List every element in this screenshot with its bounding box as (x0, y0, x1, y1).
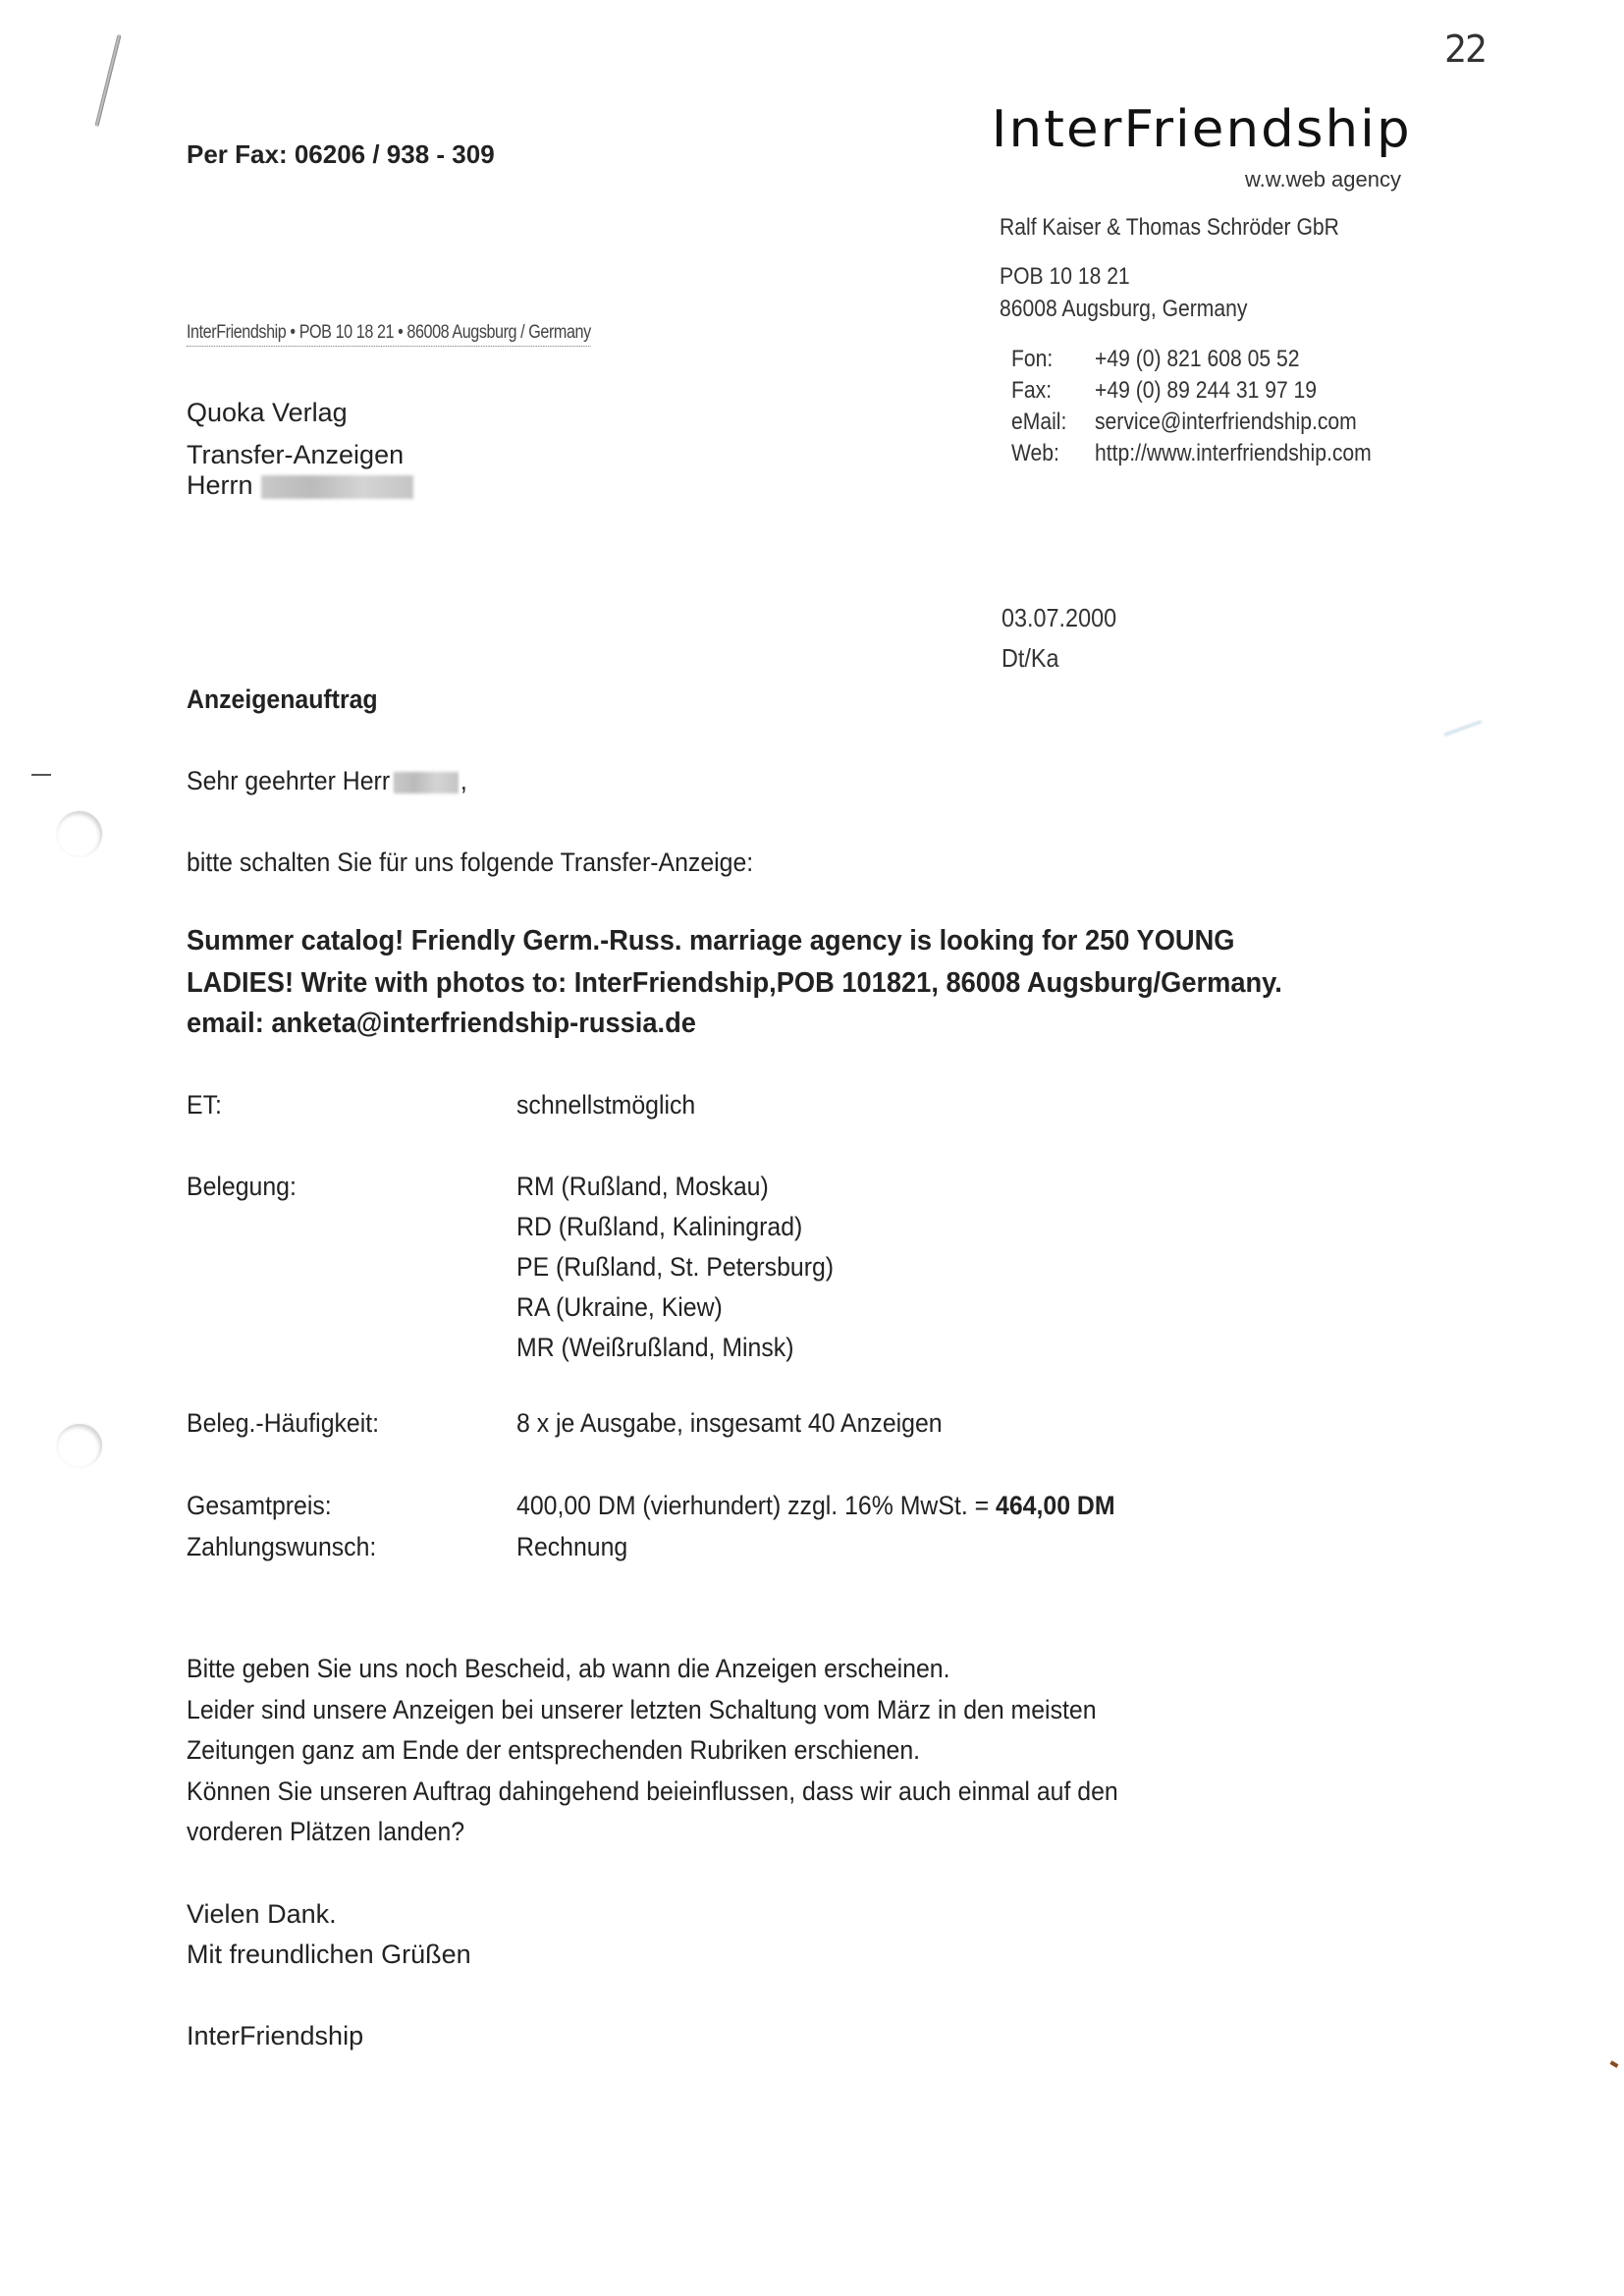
price-calculation: 400,00 DM (vierhundert) zzgl. 16% MwSt. … (516, 1491, 996, 1520)
punch-hole (57, 1424, 102, 1467)
page-number: 22 (1444, 27, 1486, 71)
closing-line: Leider sind unsere Anzeigen bei unserer … (187, 1695, 1097, 1725)
redacted-name (394, 772, 459, 793)
closing-line: vorderen Plätzen landen? (187, 1817, 464, 1847)
company-address-line1: POB 10 18 21 (1000, 263, 1130, 291)
punch-hole (57, 811, 102, 856)
ad-text-line1: Summer catalog! Friendly Germ.-Russ. mar… (187, 925, 1235, 957)
closing-line: Zeitungen ganz am Ende der entsprechende… (187, 1735, 920, 1766)
signature: InterFriendship (187, 2021, 363, 2051)
reference-code: Dt/Ka (1001, 643, 1059, 674)
company-tagline: w.w.web agency (1245, 167, 1401, 192)
belegung-item: MR (Weißrußland, Minsk) (516, 1333, 793, 1363)
staple-mark (94, 34, 121, 127)
belegung-item: RA (Ukraine, Kiew) (516, 1292, 723, 1323)
field-label-belegung: Belegung: (187, 1172, 297, 1202)
contact-value-phone: +49 (0) 821 608 05 52 (1095, 346, 1299, 373)
ad-text-line3: email: anketa@interfriendship-russia.de (187, 1008, 696, 1040)
salutation: Sehr geehrter Herr, (187, 766, 467, 796)
field-label-haeufigkeit: Beleg.-Häufigkeit: (187, 1408, 379, 1439)
belegung-item: RD (Rußland, Kaliningrad) (516, 1212, 802, 1242)
redacted-name (261, 475, 413, 499)
intro-text: bitte schalten Sie für uns folgende Tran… (187, 847, 753, 878)
thanks-line: Vielen Dank. (187, 1899, 337, 1930)
contact-label-phone: Fon: (1011, 346, 1053, 373)
contact-label-fax: Fax: (1011, 377, 1052, 405)
greeting-line: Mit freundlichen Grüßen (187, 1940, 471, 1970)
sender-return-line: InterFriendship • POB 10 18 21 • 86008 A… (187, 322, 591, 347)
recipient-line1: Quoka Verlag (187, 398, 348, 428)
company-name: Ralf Kaiser & Thomas Schröder GbR (1000, 214, 1339, 242)
field-value-et: schnellstmöglich (516, 1090, 695, 1121)
subject-line: Anzeigenauftrag (187, 684, 378, 715)
contact-value-fax: +49 (0) 89 244 31 97 19 (1095, 377, 1317, 405)
price-total: 464,00 DM (996, 1491, 1115, 1520)
contact-label-email: eMail: (1011, 409, 1066, 436)
contact-value-email: service@interfriendship.com (1095, 409, 1357, 436)
recipient-title: Herrn (187, 470, 253, 500)
recipient-line2: Transfer-Anzeigen (187, 440, 404, 470)
recipient-line3: Herrn (187, 470, 413, 501)
field-label-gesamtpreis: Gesamtpreis: (187, 1491, 332, 1521)
company-address-line2: 86008 Augsburg, Germany (1000, 296, 1247, 323)
letter-date: 03.07.2000 (1001, 603, 1116, 633)
belegung-item: RM (Rußland, Moskau) (516, 1172, 769, 1202)
fold-mark (31, 774, 51, 776)
company-logo: InterFriendship (992, 100, 1412, 159)
scan-speck (1610, 2060, 1619, 2067)
scan-speck (1444, 720, 1483, 736)
salutation-suffix: , (460, 766, 467, 795)
belegung-item: PE (Rußland, St. Petersburg) (516, 1252, 834, 1283)
field-value-gesamtpreis: 400,00 DM (vierhundert) zzgl. 16% MwSt. … (516, 1491, 1115, 1521)
closing-line: Bitte geben Sie uns noch Bescheid, ab wa… (187, 1654, 950, 1684)
contact-value-web: http://www.interfriendship.com (1095, 440, 1372, 467)
field-value-haeufigkeit: 8 x je Ausgabe, insgesamt 40 Anzeigen (516, 1408, 943, 1439)
ad-text-line2: LADIES! Write with photos to: InterFrien… (187, 967, 1282, 1000)
salutation-prefix: Sehr geehrter Herr (187, 766, 390, 795)
field-label-et: ET: (187, 1090, 222, 1121)
field-value-zahlung: Rechnung (516, 1532, 627, 1562)
field-label-zahlung: Zahlungswunsch: (187, 1532, 376, 1562)
contact-label-web: Web: (1011, 440, 1059, 467)
fax-number-header: Per Fax: 06206 / 938 - 309 (187, 139, 495, 170)
closing-line: Können Sie unseren Auftrag dahingehend b… (187, 1777, 1118, 1807)
